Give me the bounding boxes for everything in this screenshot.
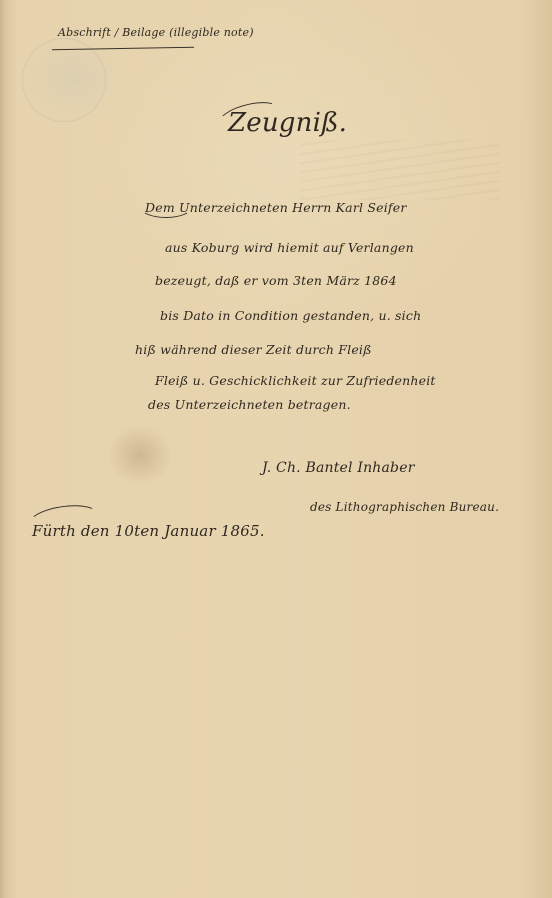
body-line-6: Fleiß u. Geschicklichkeit zur Zufriedenh…	[155, 373, 436, 388]
signature-title: des Lithographischen Bureau.	[310, 500, 499, 514]
body-line-4: bis Dato in Condition gestanden, u. sich	[160, 308, 421, 323]
body-line-7: des Unterzeichneten betragen.	[148, 397, 351, 412]
reference-note: Abschrift / Beilage (illegible note)	[58, 26, 254, 39]
body-line-1: Dem Unterzeichneten Herrn Karl Seifer	[145, 200, 407, 215]
ink-bleed-through	[300, 140, 500, 200]
faded-stamp	[22, 38, 106, 122]
document-title: Zeugniß.	[228, 108, 347, 138]
scanned-document-page: Abschrift / Beilage (illegible note) Zeu…	[0, 0, 552, 898]
body-line-3: bezeugt, daß er vom 3ten März 1864	[155, 273, 397, 288]
place-date-line: Fürth den 10ten Januar 1865.	[32, 522, 265, 540]
body-line-2: aus Koburg wird hiemit auf Verlangen	[165, 240, 414, 255]
signature-name: J. Ch. Bantel Inhaber	[262, 460, 415, 476]
body-line-5: hiß während dieser Zeit durch Fleiß	[135, 342, 372, 357]
